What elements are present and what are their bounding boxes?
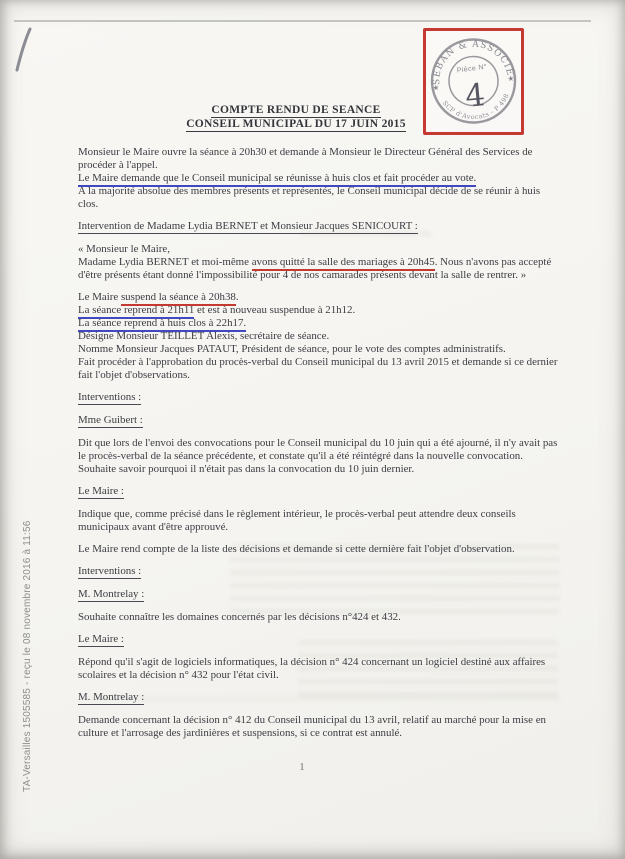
court-receipt-vertical-text: TA-Versailles 1505585 - reçu le 08 novem… <box>22 520 33 792</box>
heading: Interventions : <box>78 391 560 404</box>
text-line: Indique que, comme précisé dans le règle… <box>78 508 560 534</box>
text-line: Souhaite connaître les domaines concerné… <box>78 611 560 624</box>
heading-text: M. Montrelay : <box>78 691 144 705</box>
text-line: Fait procéder à l'approbation du procès-… <box>78 356 560 382</box>
paragraph: Monsieur le Maire ouvre la séance à 20h3… <box>78 146 560 211</box>
text-line: Demande concernant la décision n° 412 du… <box>78 714 560 740</box>
heading: Le Maire : <box>78 485 560 498</box>
document-title-line1: COMPTE RENDU DE SEANCE <box>211 104 380 118</box>
heading-text: Intervention de Madame Lydia BERNET et M… <box>78 220 418 234</box>
text-segment: Monsieur le Maire ouvre la séance à 20h3… <box>78 146 533 171</box>
text-line: Le Maire demande que le Conseil municipa… <box>78 172 560 185</box>
text-segment: Fait procéder à l'approbation du procès-… <box>78 356 558 381</box>
text-line: A la majorité absolue des membres présen… <box>78 185 560 211</box>
document-title-line2: CONSEIL MUNICIPAL DU 17 JUIN 2015 <box>186 118 406 132</box>
text-line: M. Montrelay : <box>78 691 560 704</box>
text-segment: Indique que, comme précisé dans le règle… <box>78 508 516 533</box>
paragraph: « Monsieur le Maire,Madame Lydia BERNET … <box>78 243 560 282</box>
heading-text: Mme Guibert : <box>78 414 143 428</box>
heading-text: M. Montrelay : <box>78 588 144 602</box>
text-segment: A la majorité absolue des membres présen… <box>78 185 540 210</box>
text-segment: Le Maire rend compte de la liste des déc… <box>78 543 515 555</box>
document-title: COMPTE RENDU DE SEANCE CONSEIL MUNICIPAL… <box>56 103 536 131</box>
text-line: Le Maire rend compte de la liste des déc… <box>78 543 560 556</box>
text-segment: Souhaite connaître les domaines concerné… <box>78 611 401 623</box>
text-segment: et est à nouveau suspendue à 21h12. <box>194 304 355 316</box>
heading: Interventions : <box>78 565 560 578</box>
scan-edge-line <box>14 20 591 22</box>
text-segment: Madame Lydia BERNET et moi-même <box>78 256 252 268</box>
text-line: Répond qu'il s'agit de logiciels informa… <box>78 656 560 682</box>
paragraph: Répond qu'il s'agit de logiciels informa… <box>78 656 560 682</box>
text-line: Interventions : <box>78 391 560 404</box>
heading-text: Le Maire : <box>78 633 124 647</box>
heading: Le Maire : <box>78 633 560 646</box>
paragraph: Dit que lors de l'envoi des convocations… <box>78 437 560 476</box>
text-line: Intervention de Madame Lydia BERNET et M… <box>78 220 560 233</box>
text-line: Monsieur le Maire ouvre la séance à 20h3… <box>78 146 560 172</box>
text-segment: Dit que lors de l'envoi des convocations… <box>78 437 557 475</box>
text-segment: Désigne Monsieur TEILLET Alexis, secréta… <box>78 330 329 342</box>
text-line: Le Maire : <box>78 633 560 646</box>
text-line: Madame Lydia BERNET et moi-même avons qu… <box>78 256 560 282</box>
heading: M. Montrelay : <box>78 588 560 601</box>
paragraph: Le Maire suspend la séance à 20h38.La sé… <box>78 291 560 382</box>
text-line: « Monsieur le Maire, <box>78 243 560 256</box>
text-segment: « Monsieur le Maire, <box>78 243 170 255</box>
heading: Intervention de Madame Lydia BERNET et M… <box>78 220 560 233</box>
text-segment: Nomme Monsieur Jacques PATAUT, Président… <box>78 343 506 355</box>
document-body: Monsieur le Maire ouvre la séance à 20h3… <box>78 146 560 749</box>
text-line: La séance reprend à huis clos à 22h17. <box>78 317 560 330</box>
text-line: La séance reprend à 21h11 et est à nouve… <box>78 304 560 317</box>
text-line: Désigne Monsieur TEILLET Alexis, secréta… <box>78 330 560 343</box>
text-segment: Demande concernant la décision n° 412 du… <box>78 714 546 739</box>
text-line: Mme Guibert : <box>78 414 560 427</box>
heading: Mme Guibert : <box>78 414 560 427</box>
heading-text: Interventions : <box>78 391 141 405</box>
star-icon-right: ★ <box>507 74 515 84</box>
paragraph: Indique que, comme précisé dans le règle… <box>78 508 560 534</box>
text-segment: Le Maire <box>78 291 121 303</box>
stamp-piece-label: Pièce N° <box>456 63 487 75</box>
star-icon-left: ★ <box>432 83 440 93</box>
page-number: 1 <box>0 762 604 773</box>
text-line: Le Maire suspend la séance à 20h38. <box>78 291 560 304</box>
text-line: Interventions : <box>78 565 560 578</box>
heading-text: Interventions : <box>78 565 141 579</box>
text-line: Le Maire : <box>78 485 560 498</box>
paragraph: Le Maire rend compte de la liste des déc… <box>78 543 560 556</box>
paragraph: Demande concernant la décision n° 412 du… <box>78 714 560 740</box>
heading-text: Le Maire : <box>78 485 124 499</box>
pen-slash-mark <box>13 27 37 73</box>
text-line: Nomme Monsieur Jacques PATAUT, Président… <box>78 343 560 356</box>
text-segment: Répond qu'il s'agit de logiciels informa… <box>78 656 545 681</box>
heading: M. Montrelay : <box>78 691 560 704</box>
text-line: M. Montrelay : <box>78 588 560 601</box>
paragraph: Souhaite connaître les domaines concerné… <box>78 611 560 624</box>
scanned-document-page: SEBAN & ASSOCIÉ SCP d'Avocats - P 498 ★ … <box>0 0 625 859</box>
text-line: Dit que lors de l'envoi des convocations… <box>78 437 560 476</box>
text-segment: . <box>236 291 239 303</box>
